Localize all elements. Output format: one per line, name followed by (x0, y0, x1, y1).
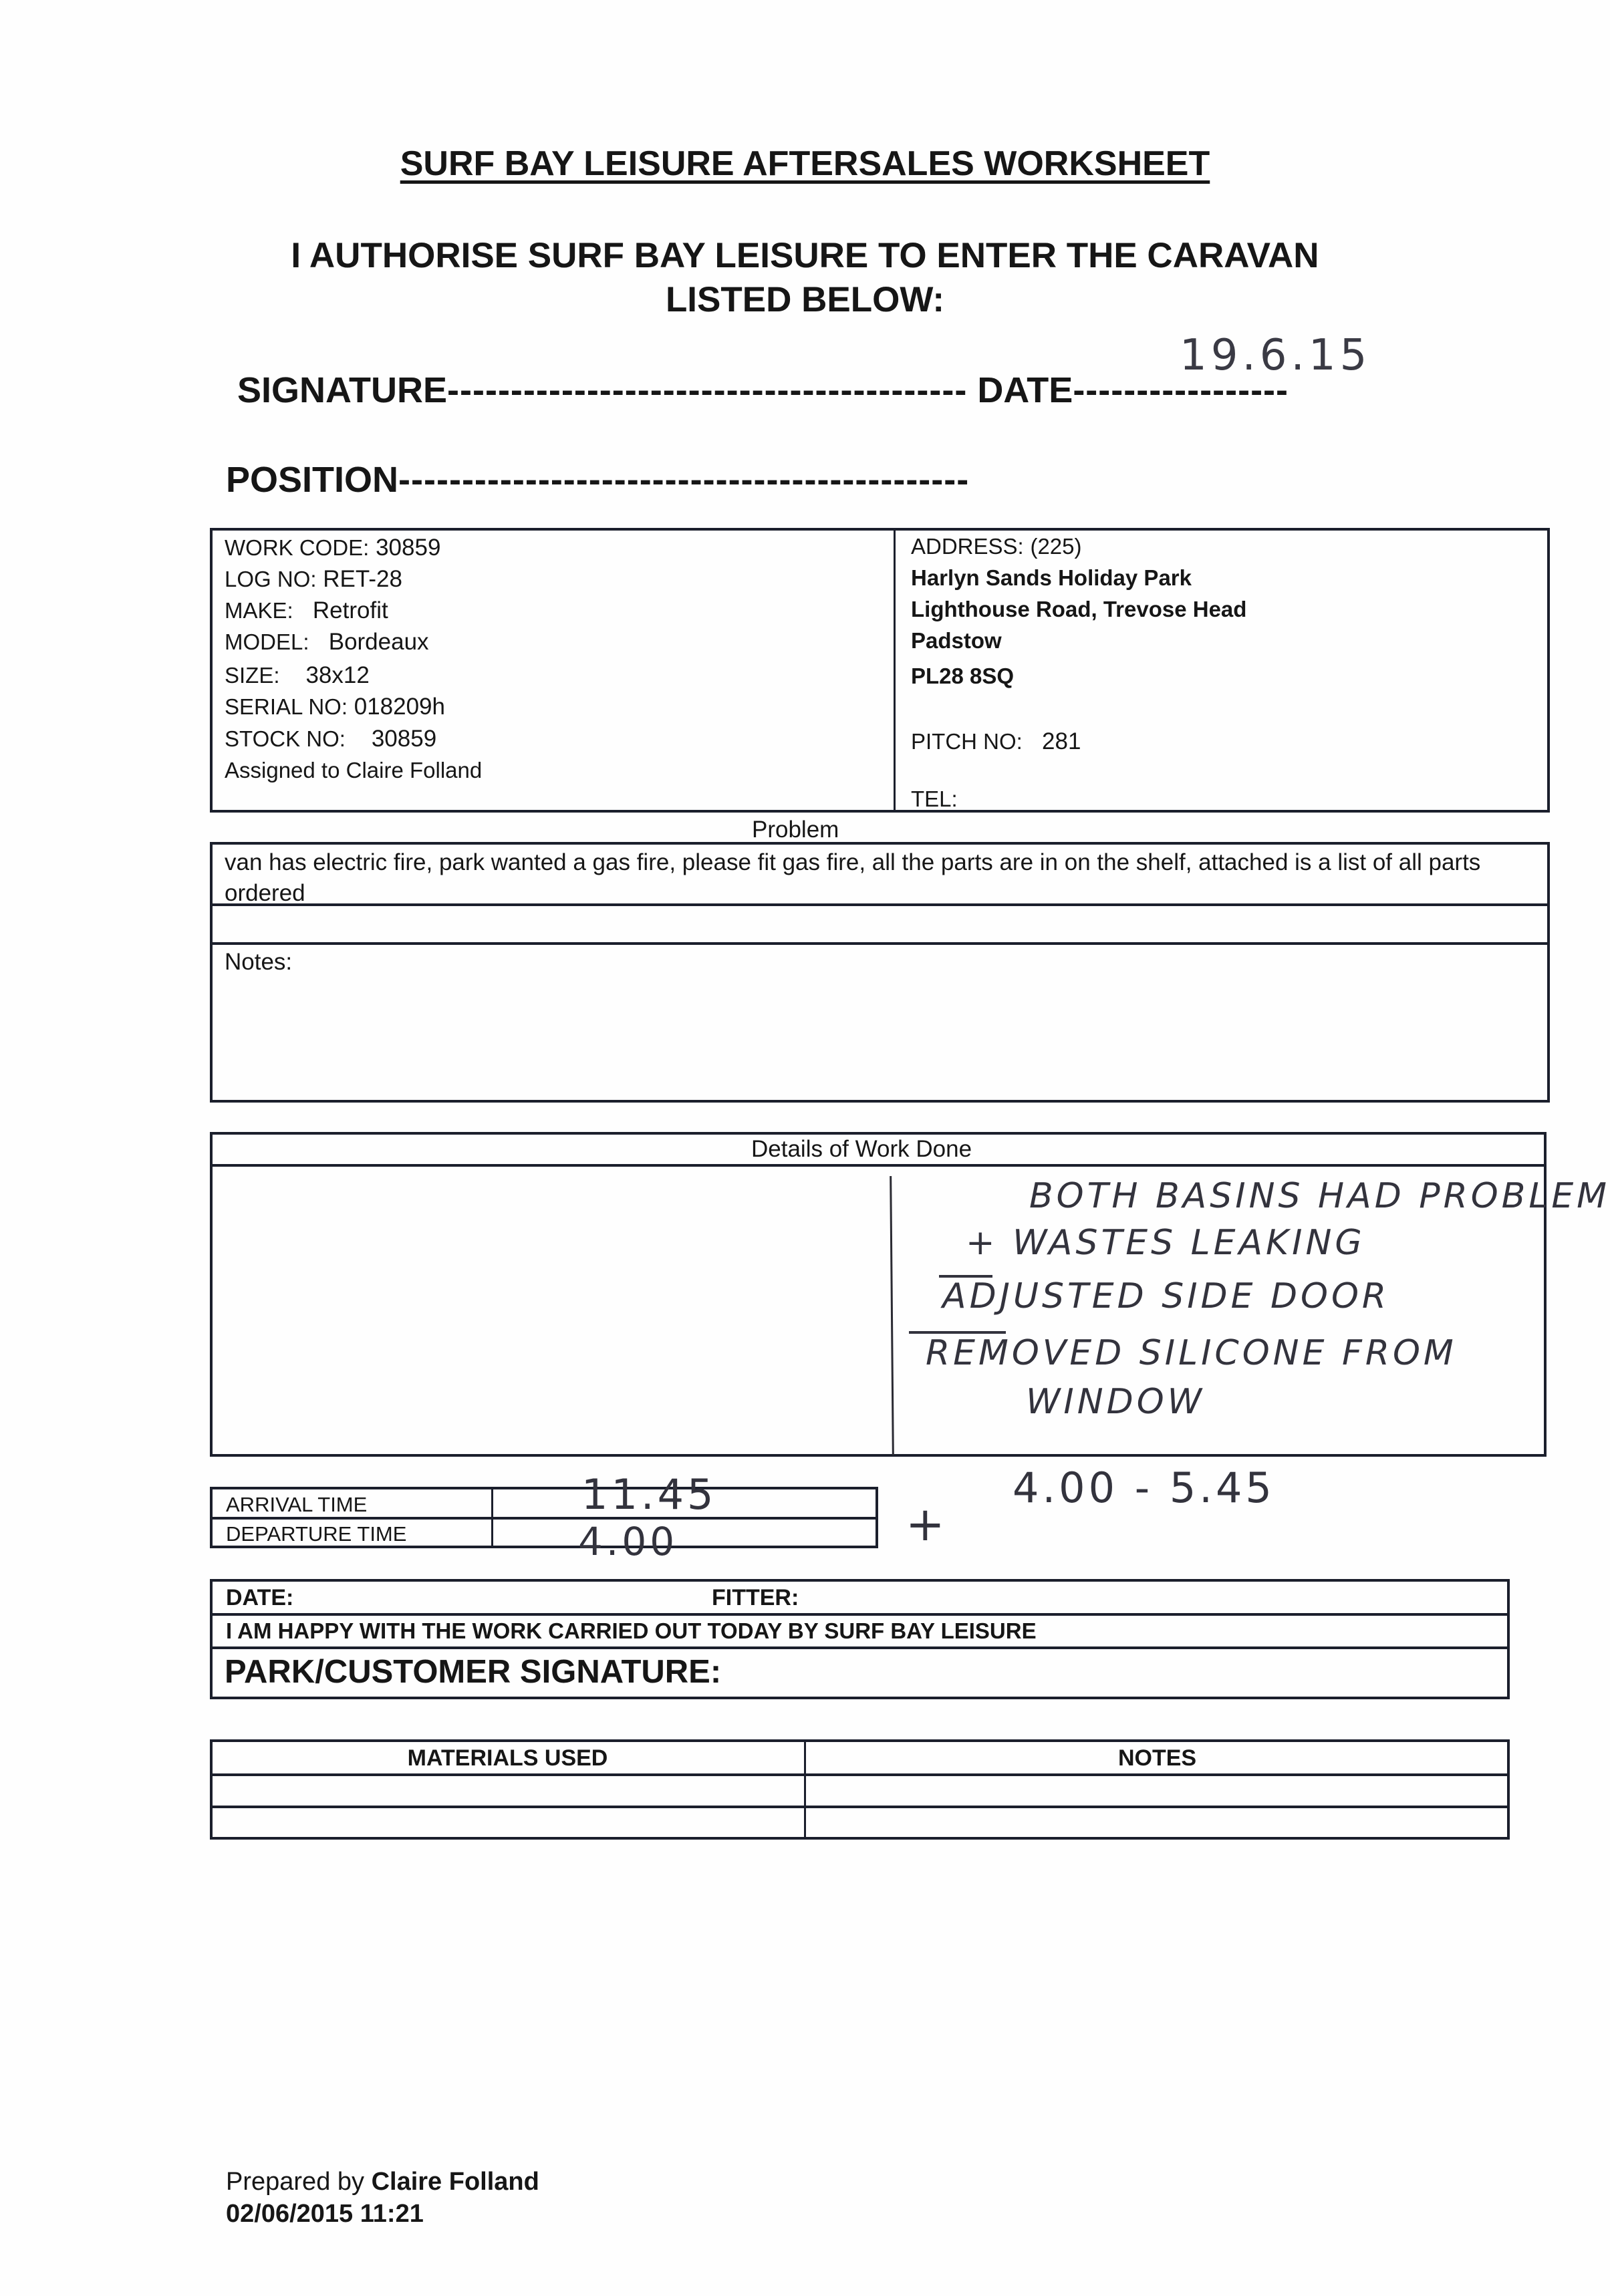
address-field: ADDRESS: (225) (911, 535, 1082, 558)
address-number: (225) (1030, 534, 1081, 559)
work-code-label: WORK CODE: (225, 535, 369, 560)
notes-header: NOTES (806, 1745, 1508, 1771)
stock-no-value: 30859 (372, 726, 436, 752)
times-col-divider (491, 1488, 493, 1547)
address-line-2: Lighthouse Road, Trevose Head (911, 598, 1246, 620)
size-label: SIZE: (225, 663, 280, 688)
work-code-value: 30859 (376, 535, 440, 561)
log-no-label: LOG NO: (225, 567, 317, 591)
work-line-4: REMOVED SILICONE FROM (926, 1333, 1457, 1373)
date-handwritten: 19.6.15 (1180, 331, 1371, 380)
caravan-info-divider (894, 529, 896, 811)
stock-no-field: STOCK NO: 30859 (225, 727, 436, 750)
materials-used-header: MATERIALS USED (211, 1745, 804, 1771)
size-value: 38x12 (305, 662, 369, 688)
position-line[interactable]: POSITION--------------------------------… (226, 459, 969, 500)
authorise-line-1: I AUTHORISE SURF BAY LEISURE TO ENTER TH… (0, 235, 1610, 276)
signature-line[interactable]: SIGNATURE-------------------------------… (237, 370, 1289, 411)
arrival-time-value[interactable]: 11.45 (581, 1470, 717, 1519)
address-line-3: Padstow (911, 629, 1002, 652)
signoff-date-label[interactable]: DATE: (226, 1585, 293, 1611)
serial-no-field: SERIAL NO: 018209h (225, 695, 445, 718)
address-line-4: PL28 8SQ (911, 665, 1014, 687)
work-line-5: WINDOW (1026, 1382, 1205, 1422)
make-label: MAKE: (225, 598, 293, 623)
make-field: MAKE: Retrofit (225, 599, 388, 622)
model-field: MODEL: Bordeaux (225, 630, 429, 654)
address-line-1: Harlyn Sands Holiday Park (911, 567, 1192, 589)
fitter-label[interactable]: FITTER: (712, 1585, 799, 1611)
work-code-field: WORK CODE: 30859 (225, 536, 440, 559)
arrival-time-label: ARRIVAL TIME (226, 1493, 367, 1517)
materials-row-1-cell-2[interactable] (806, 1776, 1507, 1804)
departure-time-value[interactable]: 4.00 (578, 1519, 678, 1564)
prepared-by-label: Prepared by (226, 2168, 364, 2196)
problem-divider-2 (211, 942, 1549, 945)
make-value: Retrofit (313, 597, 388, 623)
model-value: Bordeaux (329, 629, 429, 655)
customer-signature-label[interactable]: PARK/CUSTOMER SIGNATURE: (225, 1653, 721, 1691)
prepared-by-name: Claire Folland (372, 2168, 539, 2196)
departure-time-label: DEPARTURE TIME (226, 1522, 406, 1546)
authorise-line-2: LISTED BELOW: (0, 279, 1610, 320)
problem-text: van has electric fire, park wanted a gas… (225, 847, 1538, 909)
problem-divider-1 (211, 903, 1549, 906)
serial-no-value: 018209h (354, 694, 445, 720)
serial-no-label: SERIAL NO: (225, 694, 348, 719)
signature-label: SIGNATURE (237, 370, 447, 410)
signature-dashes: ----------------------------------------… (447, 370, 967, 410)
size-field: SIZE: 38x12 (225, 664, 370, 687)
work-done-heading: Details of Work Done (751, 1136, 972, 1163)
work-line-1: BOTH BASINS HAD PROBLEMS (1029, 1176, 1610, 1216)
plus-mark: + (906, 1497, 948, 1552)
position-label: POSITION (226, 460, 398, 500)
address-label: ADDRESS: (911, 534, 1024, 559)
signoff-divider-1 (211, 1613, 1508, 1616)
prepared-timestamp: 02/06/2015 11:21 (226, 2200, 424, 2229)
tel-label: TEL: (911, 786, 958, 811)
pitch-no-label: PITCH NO: (911, 729, 1023, 754)
pitch-no-field: PITCH NO: 281 (911, 730, 1081, 753)
tel-field: TEL: (911, 787, 958, 811)
log-no-field: LOG NO: RET-28 (225, 567, 402, 591)
model-label: MODEL: (225, 629, 309, 654)
materials-row-2-cell-2[interactable] (806, 1808, 1507, 1837)
notes-label: Notes: (225, 949, 292, 976)
problem-heading: Problem (752, 817, 839, 843)
materials-row-1-cell-1[interactable] (213, 1776, 803, 1804)
work-done-header-divider (211, 1164, 1545, 1167)
work-line-3: ADJUSTED SIDE DOOR (942, 1276, 1389, 1316)
log-no-value: RET-28 (323, 566, 402, 592)
materials-row-2-cell-1[interactable] (213, 1808, 803, 1837)
signoff-divider-2 (211, 1646, 1508, 1649)
assigned-to: Assigned to Claire Folland (225, 759, 482, 781)
page-title: SURF BAY LEISURE AFTERSALES WORKSHEET (0, 144, 1610, 184)
prepared-by: Prepared by Claire Folland (226, 2168, 539, 2196)
extra-time-handwritten: 4.00 - 5.45 (1013, 1463, 1275, 1512)
times-divider (211, 1517, 877, 1520)
date-label: DATE (977, 370, 1073, 410)
page-title-text: SURF BAY LEISURE AFTERSALES WORKSHEET (400, 144, 1210, 183)
position-dashes: ----------------------------------------… (398, 460, 969, 500)
stock-no-label: STOCK NO: (225, 726, 346, 751)
happy-statement: I AM HAPPY WITH THE WORK CARRIED OUT TOD… (226, 1618, 1037, 1644)
pitch-no-value: 281 (1042, 728, 1081, 754)
work-line-2: + WASTES LEAKING (966, 1223, 1365, 1263)
